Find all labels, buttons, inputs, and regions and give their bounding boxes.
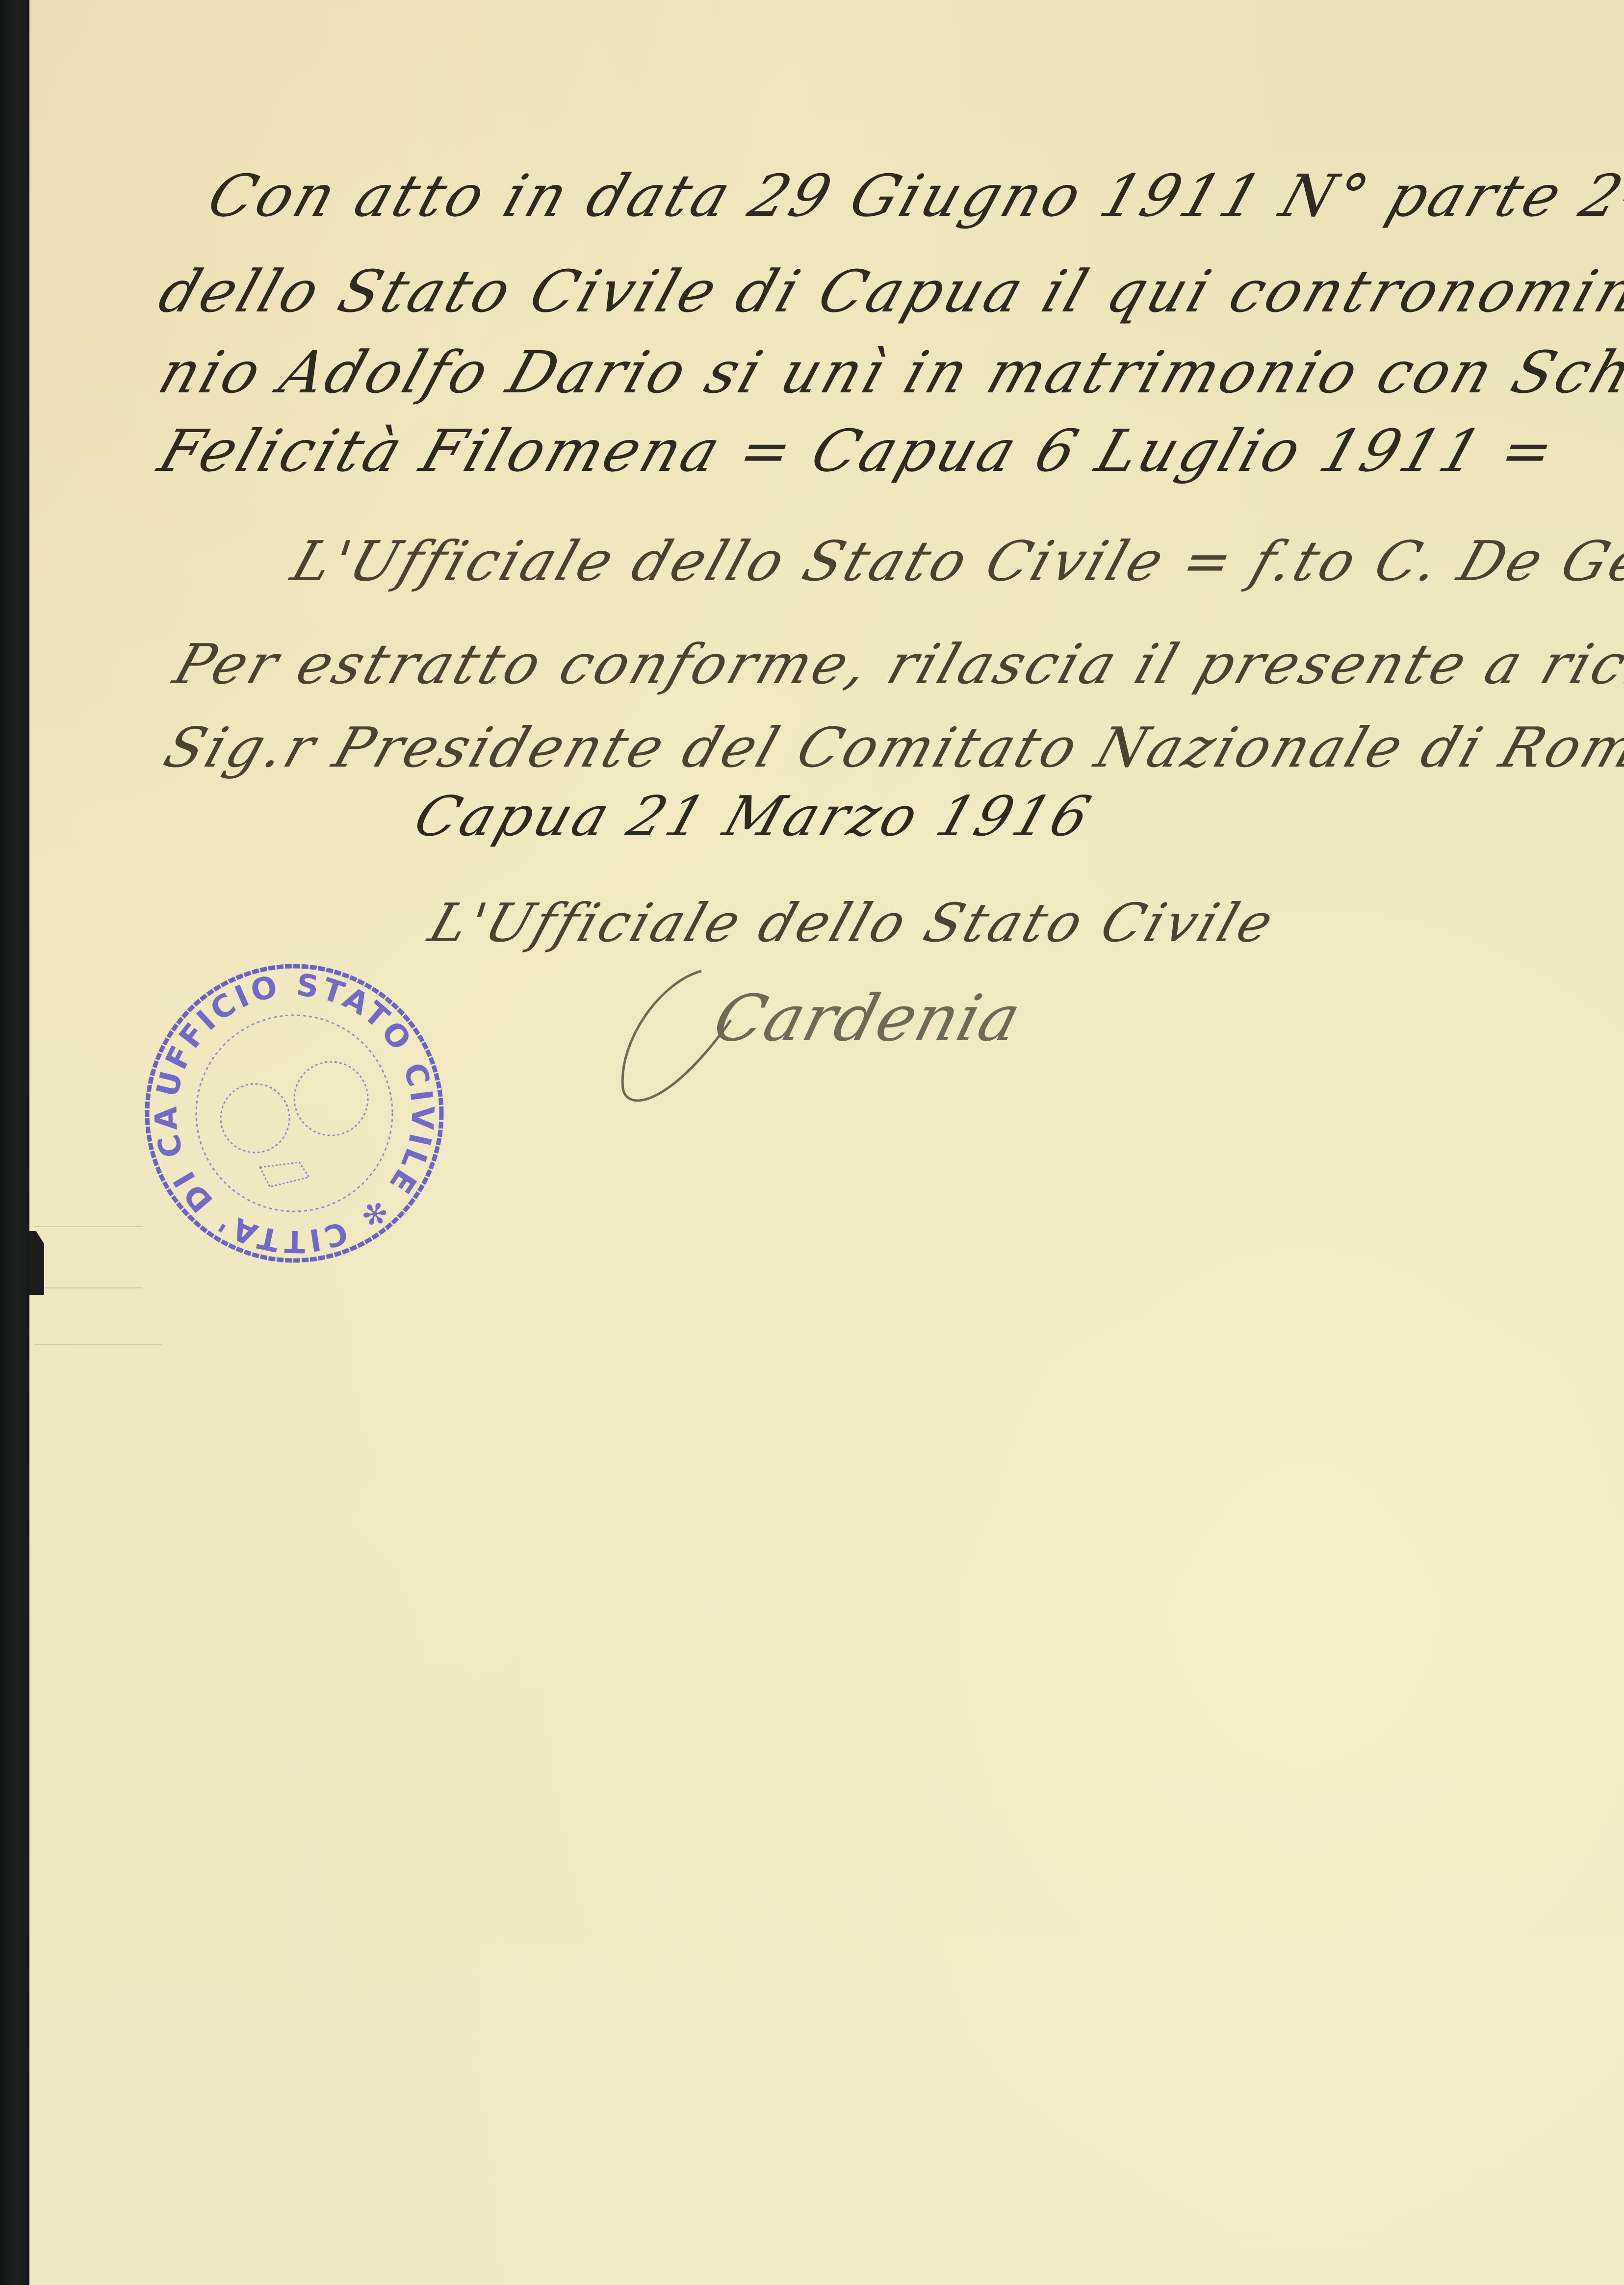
paper-fold — [88, 0, 202, 1]
official-stamp: UFFICIO STATO CIVILE ✻ CITTA' DI CAPUA — [137, 956, 451, 1270]
body-line-4: Felicità Filomena = Capua 6 Luglio 1911 … — [151, 417, 1566, 485]
body-line-2: dello Stato Civile di Capua il qui contr… — [151, 257, 1624, 325]
first-attestation: L'Ufficiale dello Stato Civile = f.to C.… — [284, 530, 1624, 593]
signatory-title: L'Ufficiale dello Stato Civile — [422, 893, 1284, 954]
signature-text: Cardenia — [706, 981, 1030, 1055]
body-line-3: nio Adolfo Dario si unì in matrimonio co… — [151, 338, 1624, 406]
paper-crease — [34, 1344, 162, 1345]
torn-edge — [29, 1231, 44, 1295]
svg-text:UFFICIO STATO CIVILE ✻ CITTA': UFFICIO STATO CIVILE ✻ CITTA' DI CAPUA — [137, 956, 441, 1259]
stamp-seal-icon: UFFICIO STATO CIVILE ✻ CITTA' DI CAPUA — [137, 956, 451, 1270]
paper-crease — [44, 1287, 142, 1288]
certification-line-2: Sig.r Presidente del Comitato Nazionale … — [156, 716, 1624, 780]
body-line-1: Con atto in data 29 Giugno 1911 N° parte… — [200, 162, 1624, 230]
scanner-backing — [0, 0, 29, 2285]
paper-crease — [34, 1226, 142, 1227]
signature: Cardenia — [603, 961, 1005, 1108]
place-date: Capua 21 Marzo 1916 — [407, 785, 1101, 848]
certification-line-1: Per estratto conforme, rilascia il prese… — [166, 633, 1624, 696]
